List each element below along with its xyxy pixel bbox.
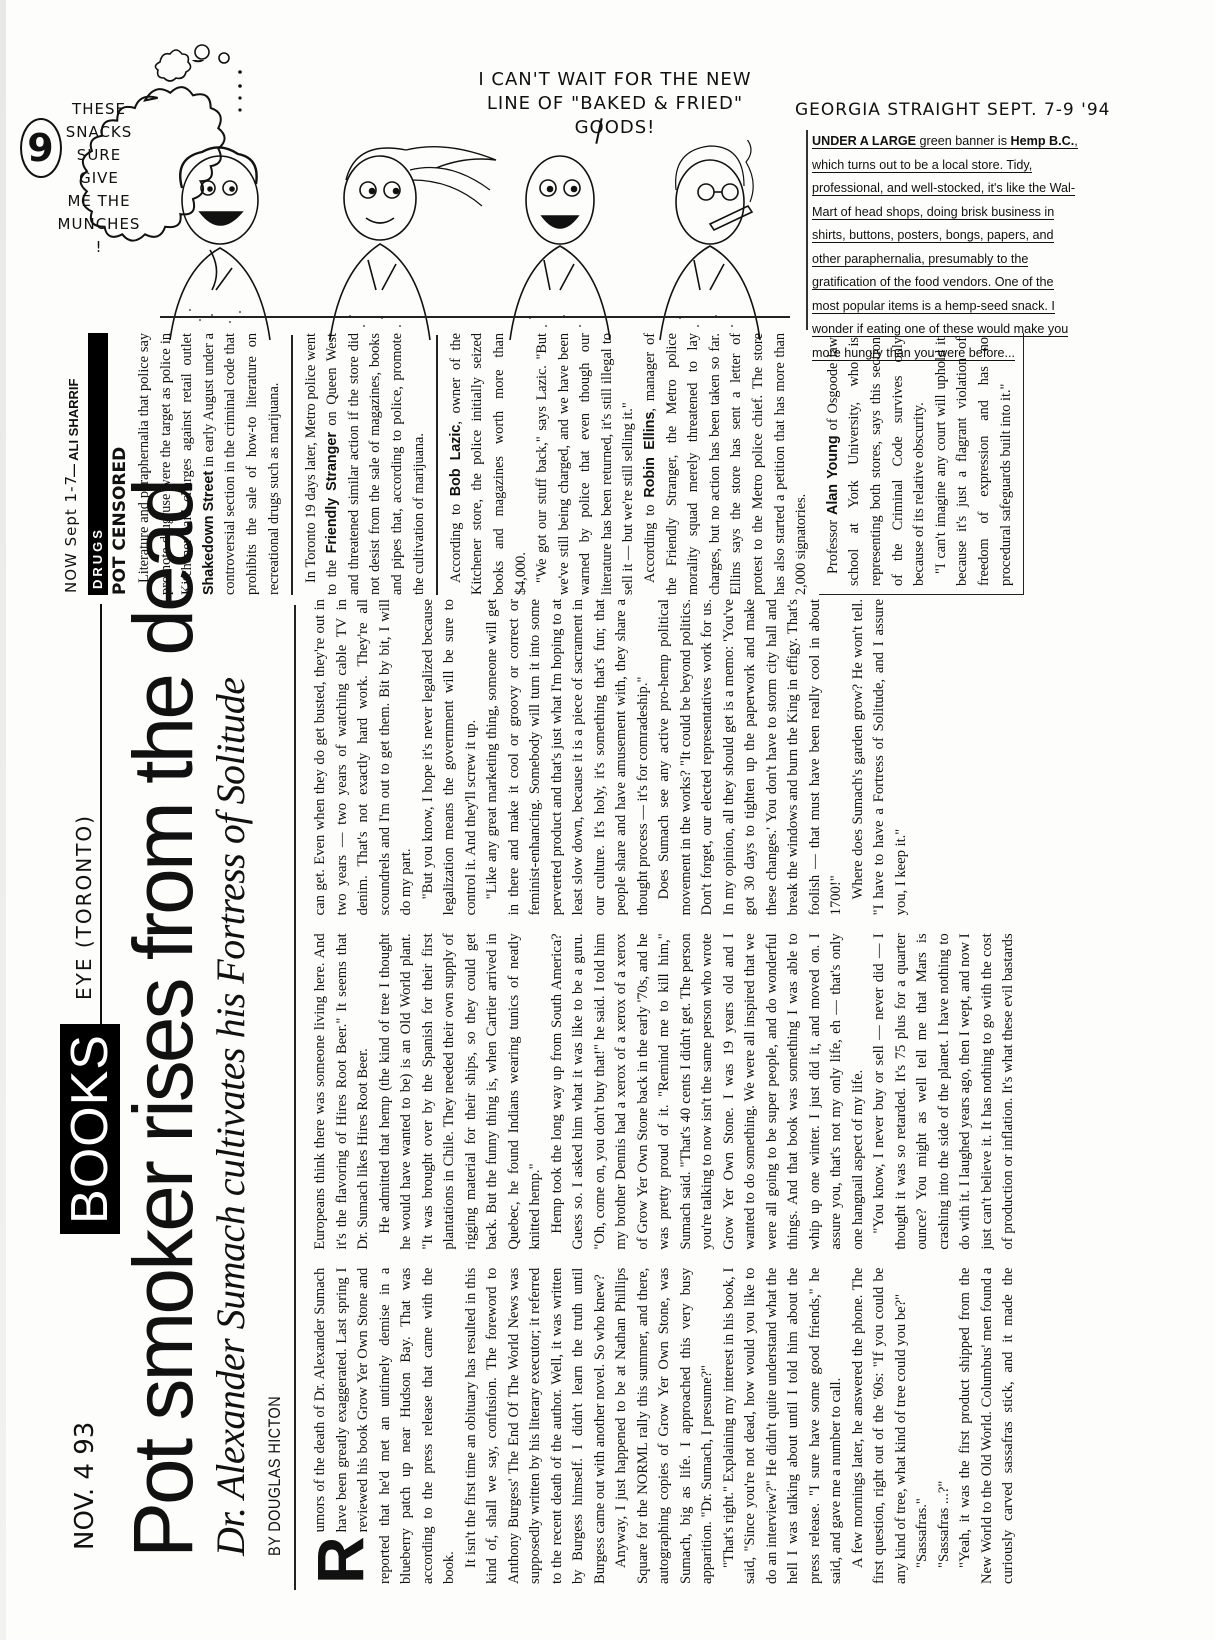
- thought-line: SNACKS: [44, 121, 154, 144]
- column-body: Literature and paraphernalia that police…: [134, 333, 1024, 595]
- margin-bar: [806, 130, 808, 330]
- article-deck: Dr. Alexander Sumach cultivates his Fort…: [208, 606, 254, 1556]
- person-name: Robin Ellins: [642, 412, 658, 498]
- paragraph: He admitted that hemp (the kind of tree …: [375, 933, 547, 1249]
- paragraph-text: According to: [642, 498, 658, 583]
- paragraph: Anyway, I just happened to be at Nathan …: [611, 1268, 719, 1584]
- cartoon-figures-illustration: [150, 140, 790, 340]
- cartoon-strip: 9 THESE SNACKS SURE GIVE ME THE MUNCHES …: [0, 0, 1215, 340]
- paragraph: "We got our stuff back," says Lazic. "Bu…: [532, 333, 640, 595]
- thought-line: GIVE: [44, 167, 154, 190]
- thought-line: SURE: [44, 144, 154, 167]
- person-name: Alan Young: [825, 435, 841, 515]
- excerpt-text: , which turns out to be a local store. T…: [812, 134, 1078, 360]
- paragraph: "Sassafras ...?": [934, 1268, 956, 1584]
- books-article: NOV. 4 93 BOOKS EYE (TORONTO) Pot smoker…: [60, 605, 1030, 1590]
- paragraph-text: According to: [448, 496, 464, 583]
- paragraph: In Toronto 19 days later, Metro police w…: [301, 333, 431, 595]
- paragraph: Where does Sumach's garden grow? He won'…: [848, 599, 913, 915]
- now-drugs-column: NOW Sept 1-7 — ALI SHARRIF DRUGS POT CEN…: [60, 330, 1030, 595]
- handwritten-date: NOV. 4 93: [70, 1422, 100, 1550]
- desk-line: [160, 316, 790, 318]
- column-title: POT CENSORED: [110, 447, 130, 595]
- caption-line: I CAN'T WAIT FOR THE NEW: [445, 68, 785, 92]
- paragraph-text: , manager of the Friendly Stranger, the …: [642, 333, 809, 595]
- paragraph: Does Sumach see any active pro-hemp poli…: [654, 599, 848, 915]
- georgia-straight-source-note: GEORGIA STRAIGHT SEPT. 7-9 '94: [795, 100, 1110, 120]
- dropcap: R: [312, 1536, 368, 1584]
- byline-rule: [294, 605, 296, 1590]
- store-name: Shakedown Street: [201, 471, 217, 595]
- handwritten-source-note: EYE (TORONTO): [72, 814, 96, 1000]
- person-name: Bob Lazic: [448, 425, 464, 497]
- section-banner: DRUGS: [88, 333, 108, 595]
- paragraph: "Sassafras.": [912, 1268, 934, 1584]
- article-headline: Pot smoker rises from the dead: [118, 608, 208, 1558]
- paragraph: A few mornings later, he answered the ph…: [848, 1268, 913, 1584]
- thought-bubble-text: THESE SNACKS SURE GIVE ME THE MUNCHES !: [44, 98, 154, 259]
- thought-line: THESE: [44, 98, 154, 121]
- store-name: Friendly Stranger: [324, 432, 340, 553]
- paragraph: Hemp took the long way up from South Ame…: [547, 933, 870, 1249]
- excerpt-lead: UNDER A LARGE: [812, 134, 916, 148]
- paragraph: Literature and paraphernalia that police…: [134, 333, 285, 595]
- clipping-content: NOV. 4 93 BOOKS EYE (TORONTO) Pot smoker…: [60, 330, 1030, 1590]
- thought-line: MUNCHES: [44, 213, 154, 236]
- excerpt-text: green banner is: [916, 134, 1011, 148]
- paragraph-text: Professor: [825, 515, 841, 574]
- caption-line: LINE OF "BAKED & FRIED" GOODS!: [445, 92, 785, 140]
- paragraph: "That's right." Explaining my interest i…: [719, 1268, 848, 1584]
- section-banner: BOOKS: [60, 1024, 120, 1234]
- column-rule: [436, 335, 438, 595]
- column-rule: [291, 335, 293, 595]
- excerpt-store-name: Hemp B.C.: [1011, 134, 1075, 148]
- paragraph: "Like any great marketing thing, someone…: [482, 599, 654, 915]
- paragraph: According to Bob Lazic, owner of the Kit…: [446, 333, 532, 595]
- rotated-clipping: NOV. 4 93 BOOKS EYE (TORONTO) Pot smoker…: [60, 330, 1030, 1590]
- handwritten-source-note: NOW Sept 1-7: [62, 475, 80, 593]
- paragraph: "I can't imagine any court will uphold i…: [931, 337, 1017, 586]
- thought-puffs-icon: [150, 40, 250, 120]
- thought-line: !: [44, 236, 154, 259]
- header-rule: [100, 604, 102, 1024]
- article-body: Rumors of the death of Dr. Alexander Sum…: [310, 599, 1030, 1590]
- paragraph-text: Literature and paraphernalia that police…: [136, 333, 195, 595]
- cartoon-speech-caption: I CAN'T WAIT FOR THE NEW LINE OF "BAKED …: [445, 68, 785, 140]
- article-byline: BY DOUGLAS HICTON: [265, 1396, 285, 1556]
- paragraph: According to Robin Ellins, manager of th…: [640, 333, 813, 595]
- column-author: — ALI SHARRIF: [66, 379, 81, 477]
- bracketed-passage: Professor Alan Young of Osgoode law scho…: [819, 333, 1024, 595]
- paragraph: It isn't the first time an obituary has …: [461, 1268, 612, 1584]
- paragraph: Professor Alan Young of Osgoode law scho…: [823, 337, 931, 586]
- paragraph: "But you know, I hope it's never legaliz…: [418, 599, 483, 915]
- thought-line: ME THE: [44, 190, 154, 213]
- paragraph: Rumors of the death of Dr. Alexander Sum…: [310, 1268, 461, 1584]
